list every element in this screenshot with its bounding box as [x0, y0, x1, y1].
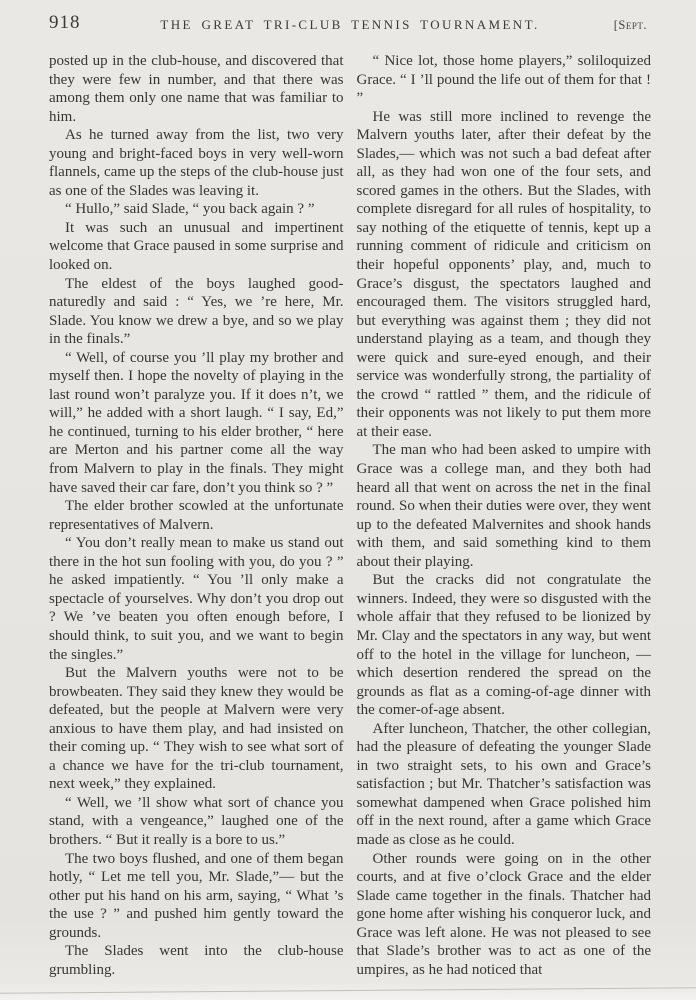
paragraph: The man who had been asked to umpire wit… [357, 441, 652, 571]
book-page: 918 THE GREAT TRI-CLUB TENNIS TOURNAMENT… [0, 0, 696, 1000]
left-column: posted up in the club-house, and discove… [49, 52, 344, 979]
paragraph: Other rounds were going on in the other … [357, 850, 652, 980]
paragraph: The eldest of the boys laughed good-natu… [49, 275, 344, 349]
paragraph: The Slades went into the club-house grum… [49, 942, 344, 979]
paragraph: As he turned away from the list, two ver… [49, 126, 344, 200]
two-column-body: posted up in the club-house, and discove… [49, 52, 651, 979]
paragraph: “ You don’t really mean to make us stand… [49, 534, 344, 664]
page-edge-line [0, 987, 696, 994]
paragraph: “ Well, we ’ll show what sort of chance … [49, 794, 344, 850]
paragraph: But the Malvern youths were not to be br… [49, 664, 344, 794]
paragraph: He was still more inclined to revenge th… [357, 108, 652, 442]
paragraph: After luncheon, Thatcher, the other coll… [357, 720, 652, 850]
issue-label: [Sept. [614, 18, 647, 33]
running-head: 918 THE GREAT TRI-CLUB TENNIS TOURNAMENT… [49, 10, 651, 38]
running-title: THE GREAT TRI-CLUB TENNIS TOURNAMENT. [49, 17, 651, 33]
paragraph: But the cracks did not congratulate the … [357, 571, 652, 719]
page-bottom-edge [0, 982, 696, 1000]
paragraph: “ Well, of course you ’ll play my brothe… [49, 349, 344, 497]
paragraph: The elder brother scowled at the unfortu… [49, 497, 344, 534]
paragraph: posted up in the club-house, and discove… [49, 52, 344, 126]
paragraph: “ Nice lot, those home players,” soliloq… [357, 52, 652, 108]
right-column: “ Nice lot, those home players,” soliloq… [357, 52, 652, 979]
paragraph: The two boys flushed, and one of them be… [49, 850, 344, 943]
paragraph: It was such an unusual and impertinent w… [49, 219, 344, 275]
paragraph: “ Hullo,” said Slade, “ you back again ?… [49, 200, 344, 219]
